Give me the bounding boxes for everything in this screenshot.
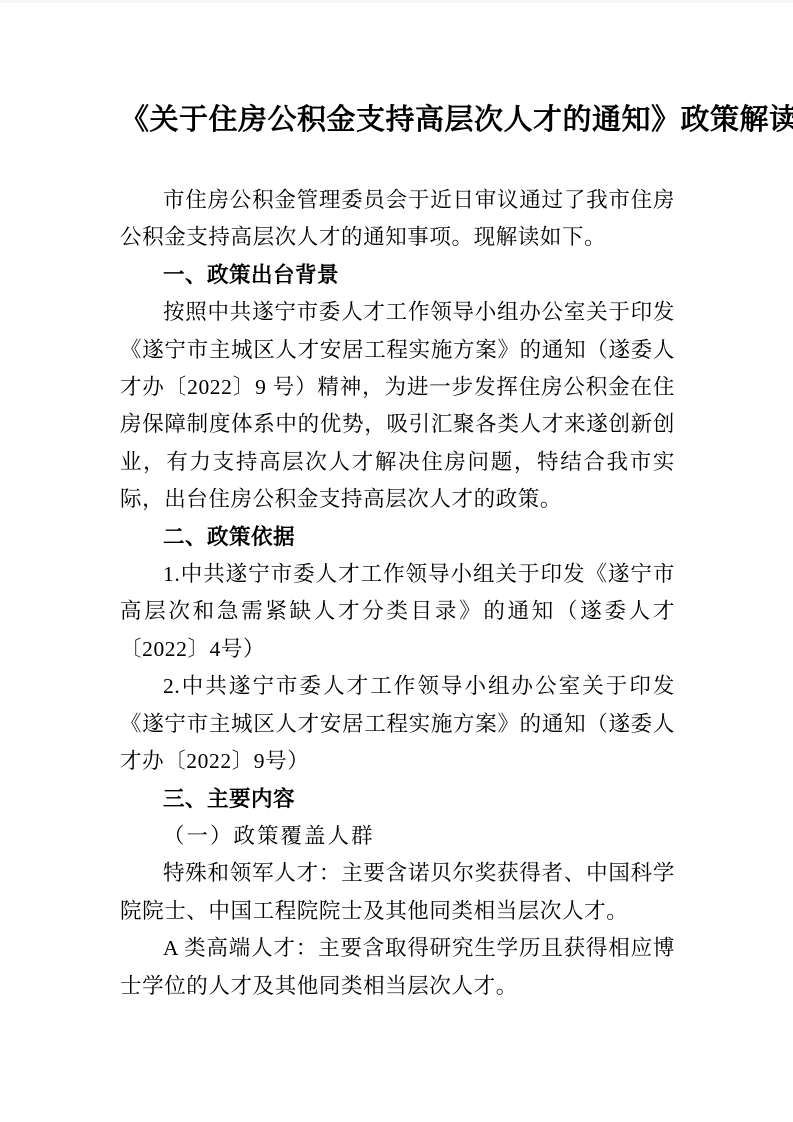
document-content: 《关于住房公积金支持高层次人才的通知》政策解读 市住房公积金管理委员会于近日审议… [120,100,675,1005]
paragraph-background: 按照中共遂宁市委人才工作领导小组办公室关于印发《遂宁市主城区人才安居工程实施方案… [120,294,675,518]
document-title: 《关于住房公积金支持高层次人才的通知》政策解读 [120,100,675,140]
section-heading-main-content: 三、主要内容 [120,781,675,818]
document-page: 《关于住房公积金支持高层次人才的通知》政策解读 市住房公积金管理委员会于近日审议… [0,0,793,1122]
paragraph-class-a-talents: A 类高端人才：主要含取得研究生学历且获得相应博士学位的人才及其他同类相当层次人… [120,930,675,1005]
section-heading-background: 一、政策出台背景 [120,257,675,294]
paragraph-basis-item-2: 2.中共遂宁市委人才工作领导小组办公室关于印发《遂宁市主城区人才安居工程实施方案… [120,668,675,780]
paragraph-special-leading-talents: 特殊和领军人才：主要含诺贝尔奖获得者、中国科学院院士、中国工程院院士及其他同类相… [120,855,675,930]
page-top-edge [0,0,793,3]
subsection-heading-covered-groups: （一）政策覆盖人群 [120,818,675,855]
section-heading-basis: 二、政策依据 [120,519,675,556]
paragraph-basis-item-1: 1.中共遂宁市委人才工作领导小组关于印发《遂宁市高层次和急需紧缺人才分类目录》的… [120,556,675,668]
paragraph-intro: 市住房公积金管理委员会于近日审议通过了我市住房公积金支持高层次人才的通知事项。现… [120,182,675,257]
